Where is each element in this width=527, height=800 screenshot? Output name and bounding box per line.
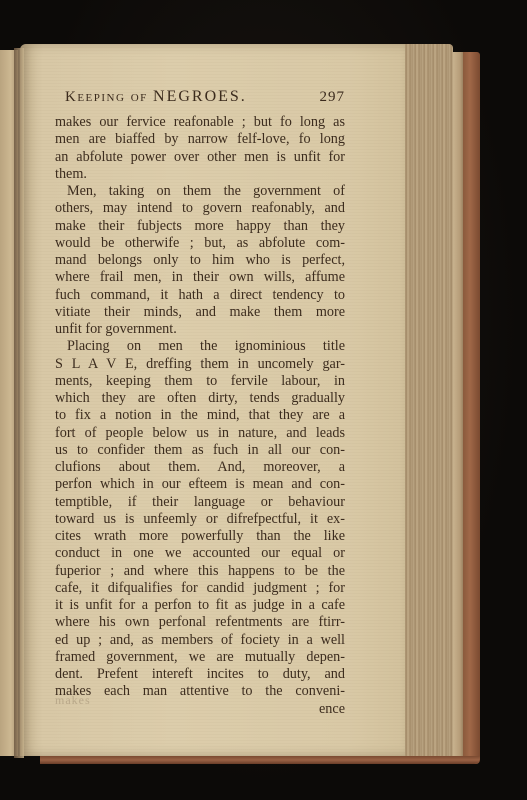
text-line: temptible, if their language or behaviou…	[55, 494, 345, 511]
text-line: make their fubjects more happy than they	[55, 218, 345, 235]
text-line: Men, taking on them the government of	[55, 183, 345, 200]
book-gutter	[14, 48, 24, 758]
catchword: ence	[55, 701, 345, 718]
text-line: ments, keeping them to fervile labour, i…	[55, 373, 345, 390]
text-line: vitiate their minds, and make them more	[55, 304, 345, 321]
text-line: cites wrath more powerfully than the lik…	[55, 528, 345, 545]
body-text: makes our fervice reafonable ; but fo lo…	[55, 114, 345, 701]
text-line: men are biaffed by narrow felf-love, fo …	[55, 131, 345, 148]
text-line: which they are often dirty, tends gradua…	[55, 390, 345, 407]
book-cover-bottom	[40, 756, 480, 764]
running-head: Keeping of NEGROES. 297	[65, 88, 345, 110]
text-line: fort of people below us in nature, and l…	[55, 425, 345, 442]
text-line: makes each man attentive to the conveni-	[55, 683, 345, 700]
book-cover-edge	[463, 52, 480, 764]
text-line: unfit for government.	[55, 321, 345, 338]
text-line: Placing on men the ignominious title	[55, 338, 345, 355]
show-through-text: makes	[55, 693, 91, 708]
text-line: conduct in one we accounted our equal or	[55, 545, 345, 562]
text-line: them.	[55, 166, 345, 183]
text-line: others, may intend to govern reafonably,…	[55, 200, 345, 217]
text-line: ed up ; and, as members of fociety in a …	[55, 632, 345, 649]
text-line: it is unfit for a perfon to fit as judge…	[55, 597, 345, 614]
running-head-prefix: Keeping of	[65, 89, 153, 105]
text-line: framed government, we are mutually depen…	[55, 649, 345, 666]
running-head-main: NEGROES.	[153, 88, 247, 105]
text-line: cafe, it difqualifies for candid judgmen…	[55, 580, 345, 597]
text-line: S L A V E, dreffing them in uncomely gar…	[55, 356, 345, 373]
page-number: 297	[320, 89, 346, 106]
text-line: us to confider them as fuch in all our c…	[55, 442, 345, 459]
text-line: would be otherwife ; but, as abfolute co…	[55, 235, 345, 252]
text-line: toward us is unfeemly or difrefpectful, …	[55, 511, 345, 528]
text-line: mand belongs only to him who is perfect,	[55, 252, 345, 269]
text-line: fuperior ; and where this happens to be …	[55, 563, 345, 580]
text-line: fuch command, it hath a direct tendency …	[55, 287, 345, 304]
text-line: where frail men, in their own wills, aff…	[55, 269, 345, 286]
page-fore-edge-stack	[403, 44, 453, 756]
text-line: clufions about them. And, moreover, a	[55, 459, 345, 476]
page-text-block: Keeping of NEGROES. 297 makes our fervic…	[55, 88, 345, 718]
text-line: dent. Prefent intereft incites to duty, …	[55, 666, 345, 683]
text-line: perfon which in our efteem is mean and c…	[55, 476, 345, 493]
text-line: an abfolute power over other men is unfi…	[55, 149, 345, 166]
text-line: where his own perfonal refentments are f…	[55, 614, 345, 631]
running-head-title: Keeping of NEGROES.	[65, 88, 247, 106]
text-line: makes our fervice reafonable ; but fo lo…	[55, 114, 345, 131]
text-line: to fix a notion in the mind, that they a…	[55, 407, 345, 424]
